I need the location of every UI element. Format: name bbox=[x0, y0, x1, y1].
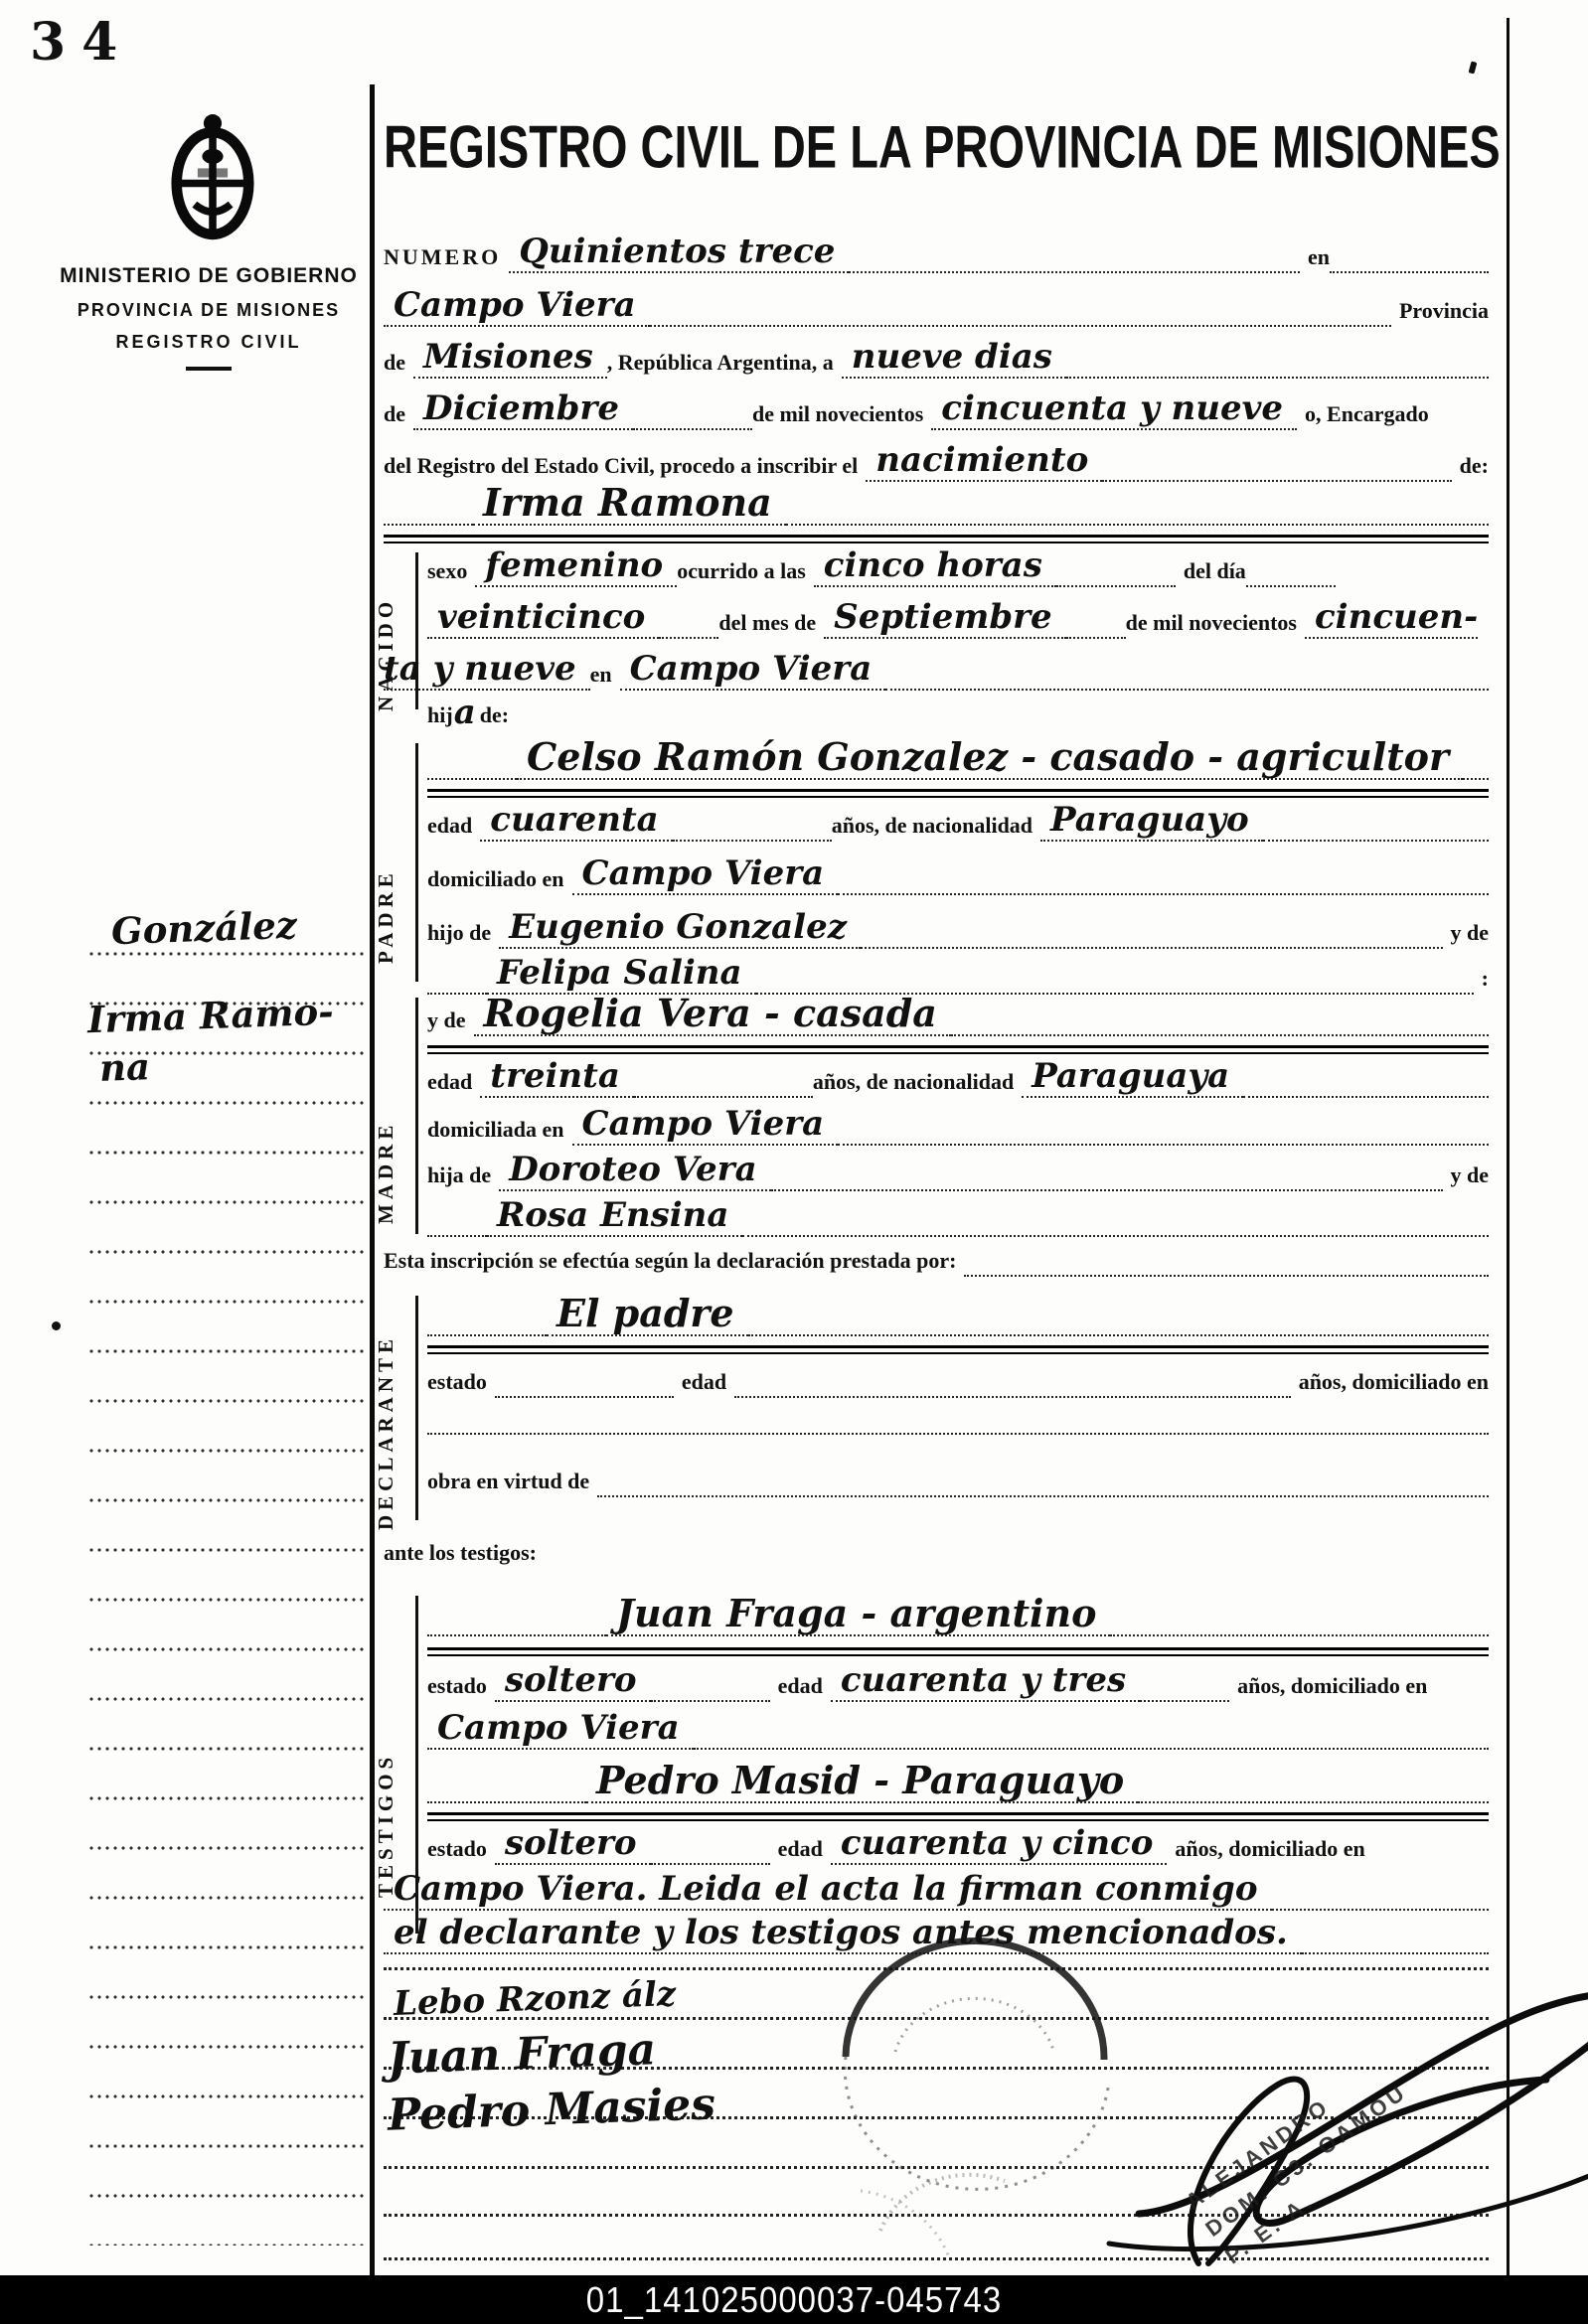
scanned-birth-certificate: 34 MINISTERIO DE GOBIERNO PROVINCIA DE M… bbox=[0, 0, 1588, 2324]
edad-label: edad bbox=[427, 813, 480, 842]
obra-row: obra en virtud de bbox=[427, 1469, 1489, 1497]
hijo-de-label: hijo de bbox=[427, 920, 499, 949]
province-name: PROVINCIA DE MISIONES bbox=[55, 300, 363, 321]
dotted-fill bbox=[838, 881, 1489, 895]
obra-label: obra en virtud de bbox=[427, 1469, 597, 1497]
y-de-label: y de bbox=[1443, 920, 1490, 949]
padre-nombre-row: Celso Ramón Gonzalez - casado - agricult… bbox=[427, 737, 1489, 780]
padre-nombre: Celso Ramón Gonzalez - casado - agricult… bbox=[517, 737, 1463, 780]
dotted-fill bbox=[633, 416, 752, 430]
testigo2-nombre-row: Pedro Masid - Paraguayo bbox=[427, 1761, 1489, 1803]
declarante-blank-row bbox=[427, 1421, 1489, 1435]
testigo2-datos-row: estado soltero edad cuarenta y cinco año… bbox=[427, 1826, 1489, 1865]
form-body: REGISTRO CIVIL DE LA PROVINCIA DE MISION… bbox=[384, 0, 1489, 2324]
declarante-row: El padre bbox=[427, 1294, 1489, 1336]
dotted-fill bbox=[964, 1263, 1489, 1277]
dotted-fill bbox=[650, 313, 1391, 327]
sexo-row: sexo femenino ocurrido a las cinco horas… bbox=[427, 548, 1489, 587]
dotted-fill bbox=[427, 1623, 606, 1636]
testigo2-estado: soltero bbox=[495, 1826, 651, 1865]
abuela-paterna-value: Felipa Salina bbox=[487, 956, 756, 995]
madre-abuela-row: Rosa Ensina bbox=[427, 1198, 1489, 1237]
dotted-fill bbox=[1056, 573, 1176, 587]
dotted-fill bbox=[427, 1223, 487, 1237]
dotted-fill bbox=[1140, 1688, 1229, 1702]
scan-reference-number: 01_141025000037-045743 bbox=[586, 2279, 1002, 2321]
section-label-padre: PADRE bbox=[374, 795, 398, 964]
section-bracket bbox=[415, 998, 418, 1234]
section-label-madre: MADRE bbox=[374, 1055, 398, 1224]
dotted-fill bbox=[734, 1384, 1291, 1398]
edad-label: edad bbox=[770, 1836, 831, 1865]
right-form-border bbox=[1507, 18, 1509, 2275]
padre-abuela-row: Felipa Salina : bbox=[427, 956, 1489, 995]
dotted-fill bbox=[1246, 573, 1336, 587]
dotted-fill bbox=[634, 1084, 813, 1098]
acto-value: nacimiento bbox=[866, 443, 1102, 482]
declarante-value: El padre bbox=[547, 1294, 748, 1336]
padre-domicilio-value: Campo Viera bbox=[572, 856, 839, 895]
dotted-fill bbox=[427, 981, 487, 995]
dotted-fill bbox=[673, 828, 832, 842]
dotted-fill bbox=[651, 1688, 770, 1702]
estado-label: estado bbox=[427, 1673, 495, 1702]
dotted-fill bbox=[1272, 1897, 1489, 1911]
sexo-value: femenino bbox=[475, 548, 677, 587]
y-de-label: y de bbox=[427, 1007, 474, 1036]
edad-label: edad bbox=[674, 1369, 734, 1398]
de-label: de bbox=[384, 350, 413, 379]
novecientos-label: de mil novecientos bbox=[752, 401, 931, 430]
dotted-fill bbox=[427, 1789, 586, 1803]
mes-value: Diciembre bbox=[413, 391, 633, 430]
estado-label: estado bbox=[427, 1369, 495, 1398]
anios-domiciliado-label: años, domiciliado en bbox=[1229, 1673, 1427, 1702]
double-rule bbox=[427, 1045, 1489, 1054]
dotted-fill bbox=[659, 625, 718, 639]
margin-note-givenname: Irma Ramo- bbox=[86, 990, 334, 1042]
testigo2-nombre: Pedro Masid - Paraguayo bbox=[586, 1761, 1138, 1803]
anio-nacimiento-b: ta y nueve bbox=[384, 652, 590, 691]
ante-testigos-label: ante los testigos: bbox=[384, 1540, 545, 1569]
en-label: en bbox=[590, 662, 620, 691]
madre-domicilio-value: Campo Viera bbox=[572, 1107, 839, 1146]
dotted-fill bbox=[495, 1384, 674, 1398]
margin-ruled-lines bbox=[87, 929, 368, 2246]
hora-value: cinco horas bbox=[814, 548, 1056, 587]
double-rule bbox=[427, 789, 1489, 798]
dotted-fill bbox=[1243, 1084, 1489, 1098]
madre-nacionalidad-value: Paraguaya bbox=[1022, 1059, 1243, 1098]
declarante-estado-row: estado edad años, domiciliado en bbox=[427, 1369, 1489, 1398]
testigo1-domicilio-row: Campo Viera bbox=[427, 1711, 1489, 1750]
ministry-name: MINISTERIO DE GOBIERNO bbox=[55, 264, 363, 288]
madre-edad-value: treinta bbox=[480, 1059, 634, 1098]
declaracion-label: Esta inscripción se efectúa según la dec… bbox=[384, 1248, 964, 1277]
dotted-fill bbox=[427, 766, 517, 780]
office-name: REGISTRO CIVIL bbox=[55, 332, 363, 353]
dotted-fill bbox=[1066, 365, 1489, 379]
provincia-label: Provincia bbox=[1391, 298, 1489, 327]
dotted-fill bbox=[597, 1483, 1489, 1497]
provincia-value: Misiones bbox=[413, 340, 607, 379]
mes-nacimiento-value: Septiembre bbox=[824, 600, 1066, 639]
de-label: de bbox=[384, 401, 413, 430]
testigo1-datos-row: estado soltero edad cuarenta y tres años… bbox=[427, 1663, 1489, 1702]
nacionalidad-label: años, de nacionalidad bbox=[832, 813, 1040, 842]
section-label-declarante: DECLARANTE bbox=[374, 1302, 398, 1530]
dotted-fill bbox=[838, 1132, 1489, 1146]
anios-domiciliado-label: años, domiciliado en bbox=[1167, 1836, 1364, 1865]
dotted-fill bbox=[748, 1322, 1489, 1336]
section-label-testigos: TESTIGOS bbox=[374, 1679, 398, 1898]
firma-testigo2: Pedro Masies bbox=[387, 2079, 716, 2140]
lugar-nacimiento-value: Campo Viera bbox=[620, 652, 886, 691]
domiciliado-label: domiciliado en bbox=[427, 866, 572, 895]
del-dia-label: del día bbox=[1176, 558, 1246, 587]
novecientos-label: de mil novecientos bbox=[1126, 610, 1305, 639]
anio-value: cincuenta y nueve bbox=[931, 391, 1297, 430]
madre-edad-row: edad treinta años, de nacionalidad Parag… bbox=[427, 1059, 1489, 1098]
registro-row: del Registro del Estado Civil, procedo a… bbox=[384, 443, 1489, 482]
dotted-fill bbox=[742, 1223, 1489, 1237]
testigo1-domicilio: Campo Viera bbox=[427, 1711, 694, 1750]
y-de-label: y de bbox=[1443, 1162, 1490, 1191]
encargado-label: o, Encargado bbox=[1297, 401, 1429, 430]
double-rule bbox=[384, 535, 1489, 543]
section-bracket bbox=[415, 1296, 418, 1520]
fecha-row: de Diciembre de mil novecientos cincuent… bbox=[384, 391, 1489, 430]
ink-dot bbox=[52, 1321, 61, 1330]
anios-domiciliado-label: años, domiciliado en bbox=[1291, 1369, 1489, 1398]
inscripto-row: Irma Ramona bbox=[384, 483, 1489, 526]
testigo1-nombre: Juan Fraga - argentino bbox=[606, 1594, 1110, 1636]
cierre1-row: Campo Viera. Leida el acta la firman con… bbox=[384, 1872, 1489, 1911]
madre-domicilio-row: domiciliada en Campo Viera bbox=[427, 1107, 1489, 1146]
dotted-fill bbox=[849, 259, 1300, 273]
dotted-fill bbox=[427, 1421, 1489, 1435]
coat-of-arms-icon bbox=[167, 111, 258, 251]
sexo-label: sexo bbox=[427, 558, 475, 587]
edad-label: edad bbox=[427, 1069, 480, 1098]
inscripto-name: Irma Ramona bbox=[473, 483, 786, 526]
hijo-de-row: hij a de: bbox=[427, 696, 1489, 731]
double-rule bbox=[427, 1647, 1489, 1656]
scan-footer-bar: 01_141025000037-045743 bbox=[0, 2275, 1588, 2324]
lugar-nacimiento-row: ta y nueve en Campo Viera bbox=[384, 652, 1489, 691]
double-rule bbox=[427, 1345, 1489, 1354]
hijo-overwrite-letter: a bbox=[450, 696, 480, 731]
hija-de-label: hija de bbox=[427, 1162, 499, 1191]
dotted-fill bbox=[694, 1736, 1489, 1750]
padre-nacionalidad-value: Paraguayo bbox=[1040, 803, 1263, 842]
numero-row: NUMERO Quinientos trece en bbox=[384, 234, 1489, 273]
padre-abuelo-row: hijo de Eugenio Gonzalez y de bbox=[427, 910, 1489, 949]
dotted-fill bbox=[427, 1322, 547, 1336]
provincia-row: de Misiones , República Argentina, a nue… bbox=[384, 340, 1489, 379]
dia-value: veinticinco bbox=[427, 600, 659, 639]
ante-testigos-row: ante los testigos: bbox=[384, 1540, 1489, 1569]
anio-nacimiento-a: cincuen- bbox=[1305, 600, 1478, 639]
lugar-value: Campo Viera bbox=[384, 288, 650, 327]
dotted-fill bbox=[1302, 1940, 1489, 1954]
testigo1-estado: soltero bbox=[495, 1663, 651, 1702]
en-label: en bbox=[1300, 244, 1330, 273]
dotted-fill bbox=[786, 512, 1489, 526]
ocurrido-label: ocurrido a las bbox=[677, 558, 814, 587]
testigo1-nombre-row: Juan Fraga - argentino bbox=[427, 1594, 1489, 1636]
padre-domicilio-row: domiciliado en Campo Viera bbox=[427, 856, 1489, 895]
firma-testigo1: Juan Fraga bbox=[387, 2024, 657, 2084]
dotted-fill bbox=[1110, 1623, 1489, 1636]
abuelo-materno-value: Doroteo Vera bbox=[499, 1153, 770, 1191]
domiciliada-label: domiciliada en bbox=[427, 1117, 572, 1146]
nacionalidad-label: años, de nacionalidad bbox=[813, 1069, 1022, 1098]
registro-label: del Registro del Estado Civil, procedo a… bbox=[384, 453, 866, 482]
form-title: REGISTRO CIVIL DE LA PROVINCIA DE MISION… bbox=[384, 111, 1489, 181]
dotted-fill bbox=[1066, 625, 1126, 639]
section-bracket bbox=[415, 743, 418, 982]
dotted-fill bbox=[384, 512, 473, 526]
margin-note-surname: González bbox=[110, 903, 297, 953]
page-number: 34 bbox=[30, 12, 133, 73]
testigo2-edad: cuarenta y cinco bbox=[831, 1826, 1168, 1865]
padre-edad-row: edad cuarenta años, de nacionalidad Para… bbox=[427, 803, 1489, 842]
madre-nombre: Rogelia Vera - casada bbox=[474, 994, 951, 1036]
abuela-materna-value: Rosa Ensina bbox=[487, 1198, 742, 1237]
lugar-row: Campo Viera Provincia bbox=[384, 288, 1489, 327]
dotted-fill bbox=[771, 1177, 1443, 1191]
testigo1-edad: cuarenta y tres bbox=[831, 1663, 1140, 1702]
numero-value: Quinientos trece bbox=[509, 234, 849, 273]
de-label: de: bbox=[1452, 453, 1489, 482]
abuelo-paterno-value: Eugenio Gonzalez bbox=[499, 910, 861, 949]
estado-label: estado bbox=[427, 1836, 495, 1865]
republica-label: , República Argentina, a bbox=[607, 350, 842, 379]
double-rule bbox=[427, 1812, 1489, 1821]
dotted-fill bbox=[861, 935, 1442, 949]
dotted-fill bbox=[951, 1022, 1489, 1036]
dotted-fill bbox=[1330, 259, 1489, 273]
declaracion-row: Esta inscripción se efectúa según la dec… bbox=[384, 1248, 1489, 1277]
dias-value: nueve dias bbox=[842, 340, 1066, 379]
dotted-fill bbox=[1463, 766, 1489, 780]
letterhead-divider bbox=[186, 367, 232, 371]
dotted-fill bbox=[1102, 468, 1451, 482]
madre-nombre-row: y de Rogelia Vera - casada bbox=[427, 994, 1489, 1036]
dia-mes-row: veinticinco del mes de Septiembre de mil… bbox=[427, 600, 1489, 639]
madre-abuelo-row: hija de Doroteo Vera y de bbox=[427, 1153, 1489, 1191]
colon-mark: : bbox=[1474, 966, 1489, 995]
dotted-fill bbox=[1138, 1789, 1489, 1803]
letterhead: MINISTERIO DE GOBIERNO PROVINCIA DE MISI… bbox=[55, 264, 363, 371]
dotted-fill bbox=[885, 677, 1489, 691]
padre-edad-value: cuarenta bbox=[480, 803, 672, 842]
margin-note-givenname-cont: na bbox=[98, 1044, 150, 1090]
dotted-fill bbox=[651, 1851, 770, 1865]
numero-label: NUMERO bbox=[384, 244, 509, 273]
dotted-fill bbox=[1263, 828, 1489, 842]
cierre1-text: Campo Viera. Leida el acta la firman con… bbox=[384, 1872, 1272, 1911]
hijo-label-suffix: de: bbox=[480, 702, 517, 731]
edad-label: edad bbox=[770, 1673, 831, 1702]
del-mes-label: del mes de bbox=[718, 610, 824, 639]
